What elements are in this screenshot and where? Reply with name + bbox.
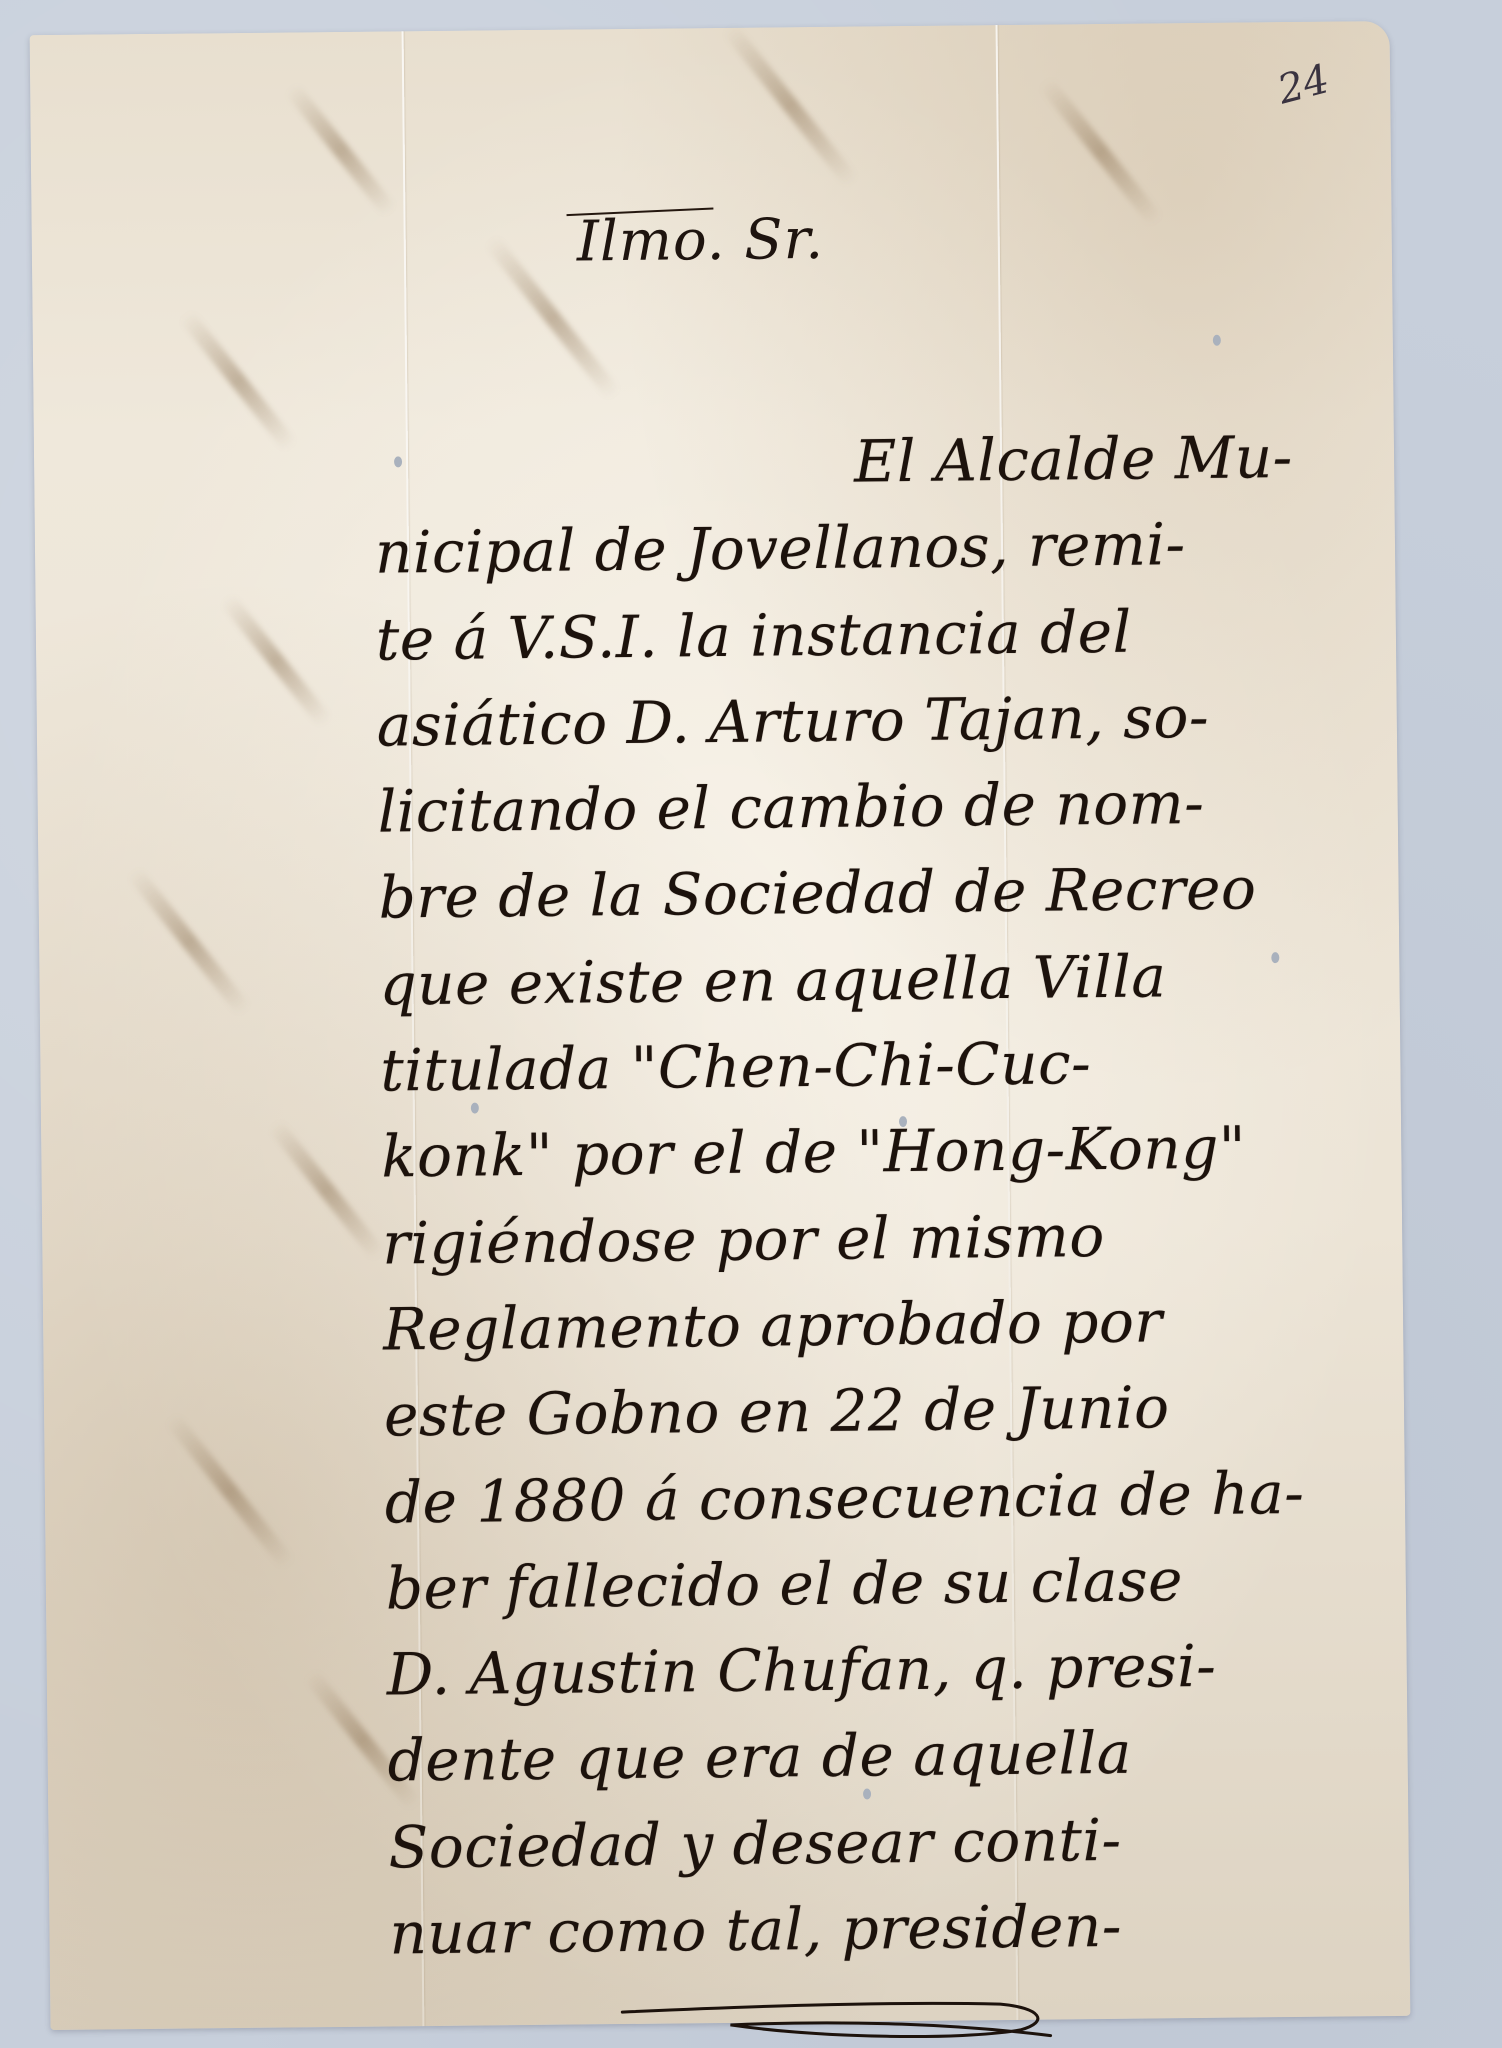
text-line: konk" por el de "Hong-Kong" <box>381 1103 1422 1200</box>
text-line: dente que era de aquella <box>387 1707 1428 1804</box>
text-line: este Gobno en 22 de Junio <box>384 1362 1425 1459</box>
text-line: rigiéndose por el mismo <box>382 1189 1423 1286</box>
text-line: licitando el cambio de nom- <box>377 758 1418 855</box>
text-line: nicipal de Jovellanos, remi- <box>375 499 1416 596</box>
punch-hole <box>1213 335 1221 346</box>
letter-body: El Alcalde Mu- nicipal de Jovellanos, re… <box>374 413 1430 1977</box>
text-line: de 1880 á consecuencia de ha- <box>385 1448 1426 1545</box>
ink-bleed-stain <box>1038 77 1163 228</box>
ink-bleed-stain <box>179 310 298 453</box>
text-line: El Alcalde Mu- <box>374 413 1415 510</box>
page-number: 24 <box>1273 56 1334 113</box>
text-line: nuar como tal, presiden- <box>389 1880 1430 1977</box>
closing-flourish-icon <box>620 1999 1060 2044</box>
ink-bleed-stain <box>285 82 397 217</box>
text-line: ber fallecido el de su clase <box>385 1535 1426 1632</box>
ink-bleed-stain <box>722 22 859 188</box>
ink-bleed-stain <box>164 1412 295 1570</box>
text-line: D. Agustin Chufan, q. presi- <box>386 1621 1427 1718</box>
text-line: que existe en aquella Villa <box>379 930 1420 1027</box>
text-line: Reglamento aprobado por <box>383 1276 1424 1373</box>
text-line: Sociedad y desear conti- <box>388 1793 1429 1890</box>
letter-page: 24 Ilmo. Sr. El Alcalde Mu- nicipal de J… <box>30 21 1411 2030</box>
text-line: asiático D. Arturo Tajan, so- <box>376 672 1417 769</box>
ink-bleed-stain <box>127 866 252 1017</box>
text-line: te á V.S.I. la instancia del <box>375 585 1416 682</box>
text-line: titulada "Chen-Chi-Cuc- <box>380 1017 1421 1114</box>
text-line: bre de la Sociedad de Recreo <box>378 844 1419 941</box>
salutation: Ilmo. Sr. <box>576 207 824 275</box>
ink-bleed-stain <box>220 593 332 728</box>
ink-bleed-stain <box>267 1119 386 1262</box>
